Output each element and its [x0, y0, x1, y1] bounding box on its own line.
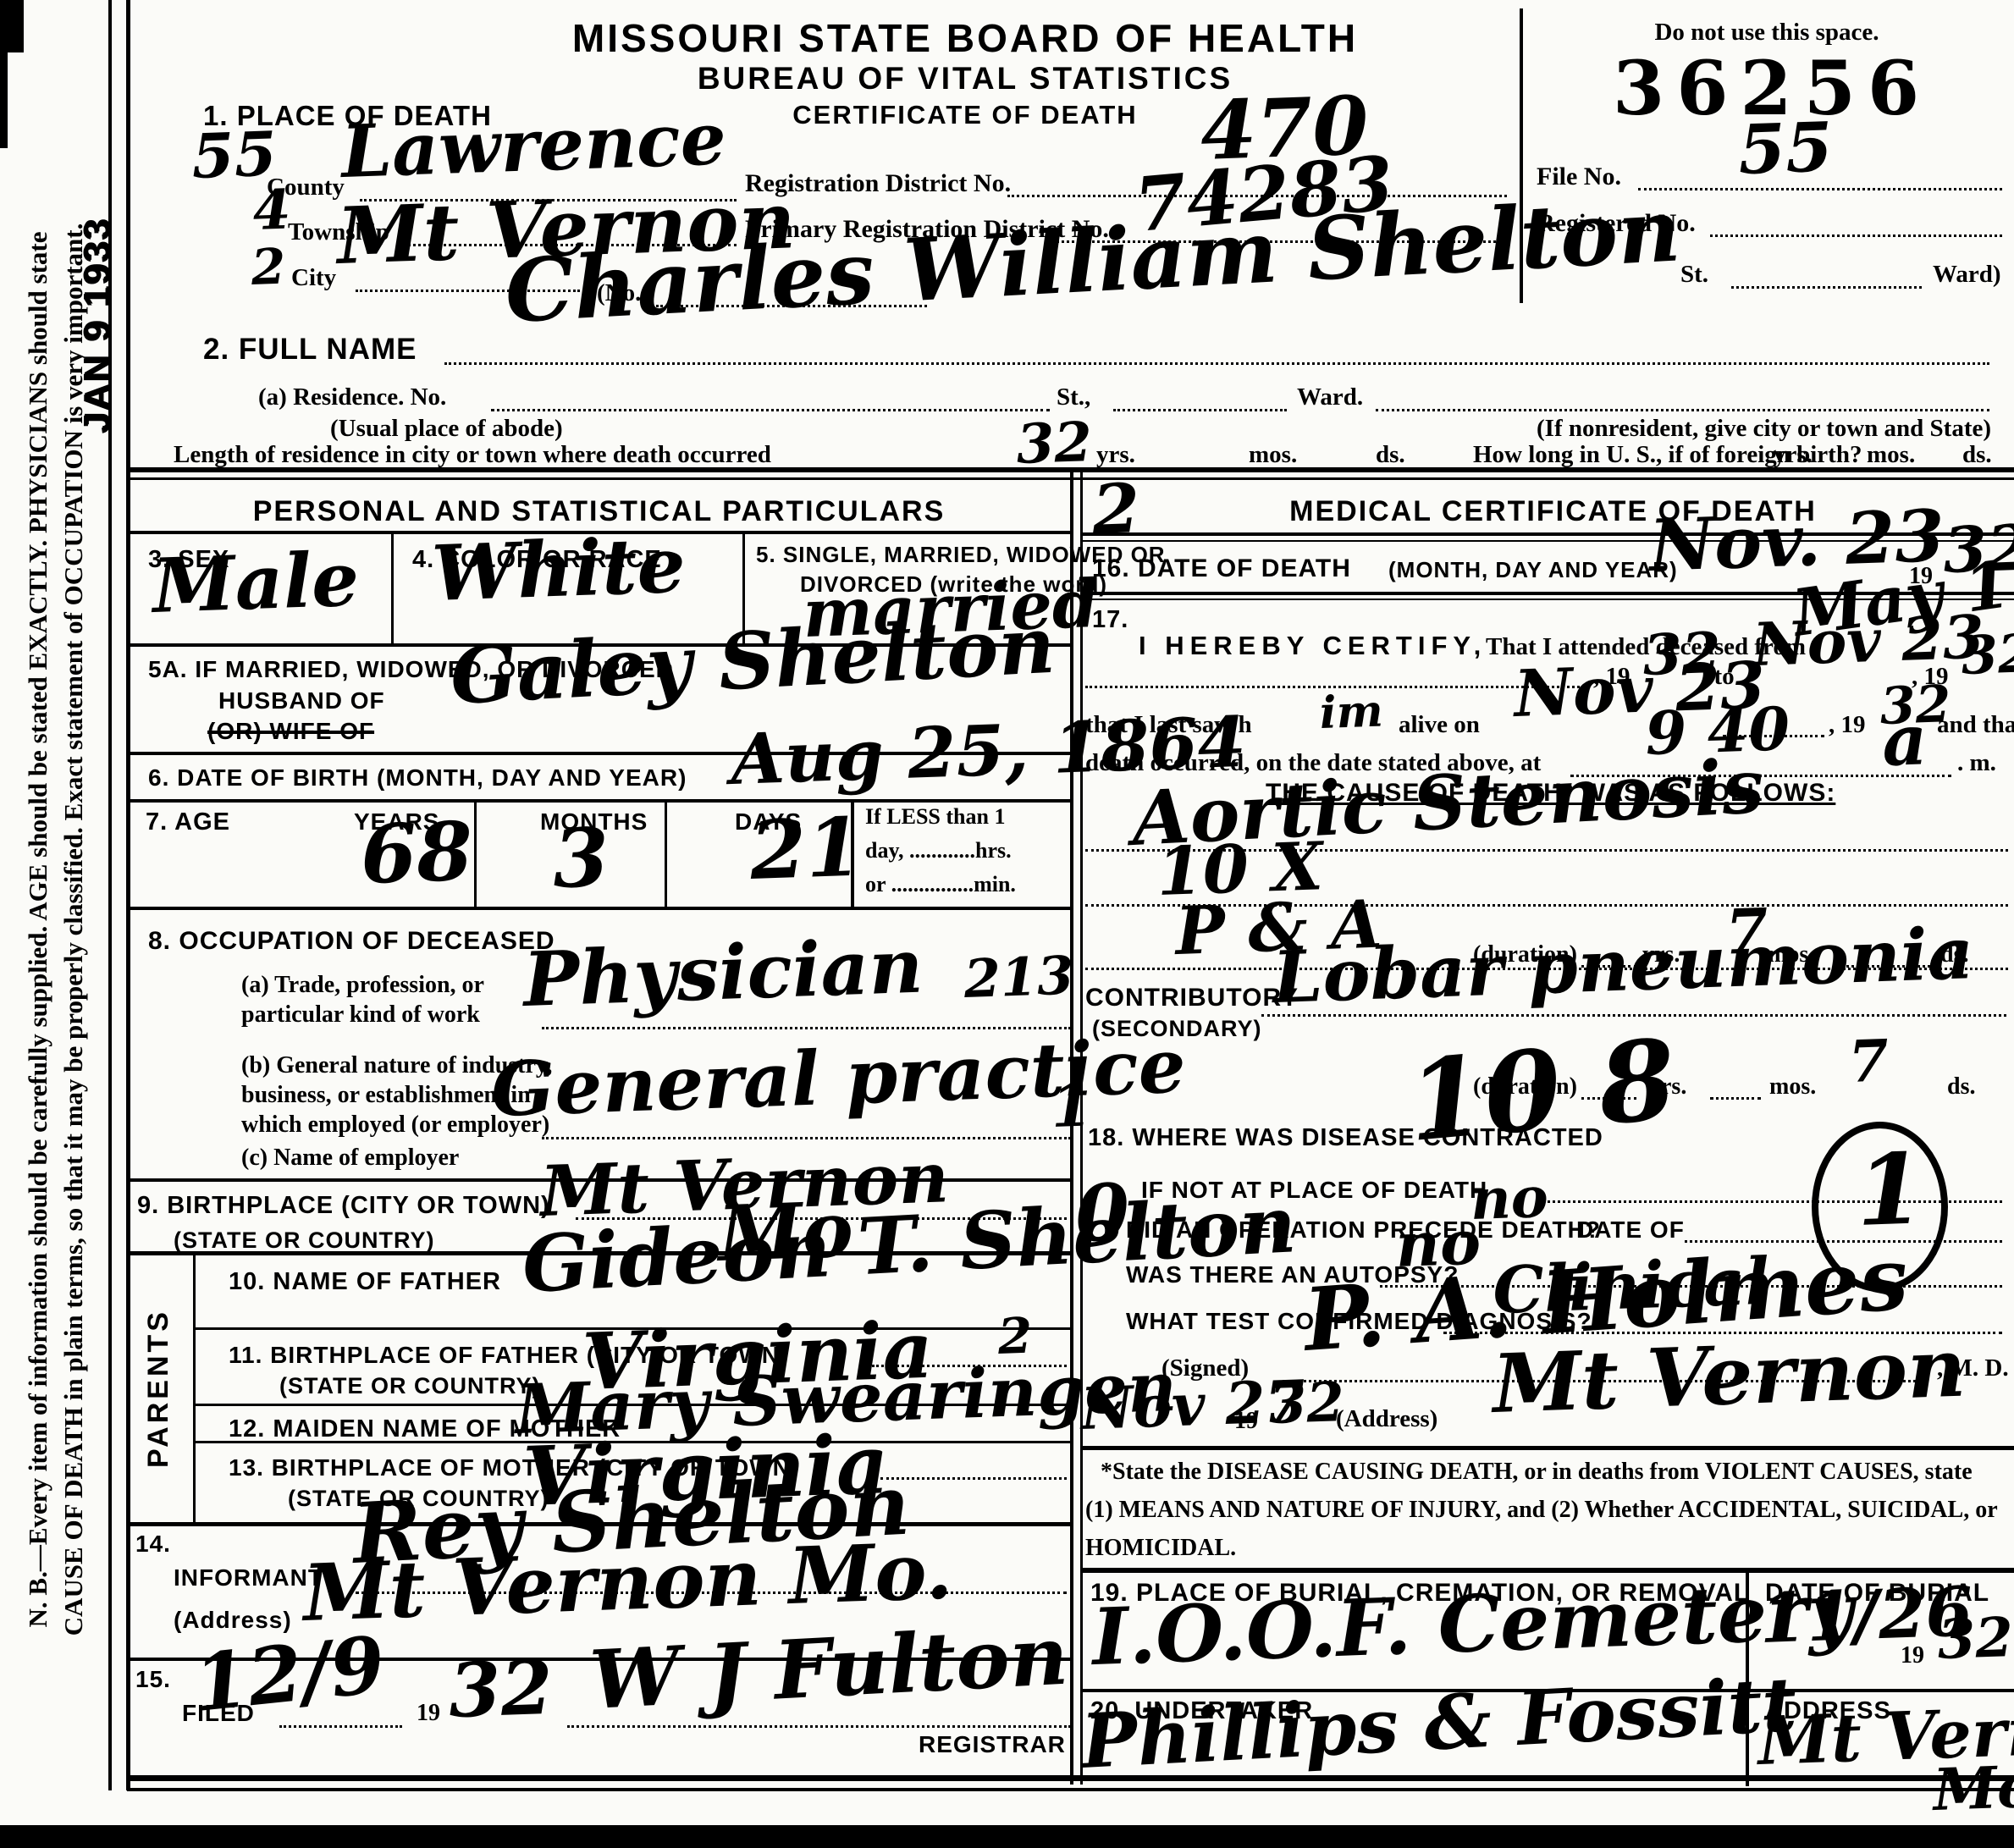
- to-year-value: 32: [1960, 622, 2014, 687]
- ds-label-2: ds.: [1962, 441, 1992, 469]
- filed-year-prefix: 19: [417, 1700, 440, 1727]
- nonresident-note: (If nonresident, give city or town and S…: [1537, 415, 1991, 443]
- burial-year-value: 32: [1936, 1606, 2014, 1672]
- mos-label-2: mos.: [1867, 441, 1915, 469]
- less-than-note-3: or ...............min.: [865, 872, 1016, 897]
- parents-divider: [193, 1251, 196, 1524]
- lastsaw-label-2: alive on: [1399, 711, 1480, 739]
- duration2-days-value: 7: [1847, 1027, 1890, 1096]
- spouse-value: Galey Shelton: [448, 599, 1057, 722]
- item-17: 17.: [1092, 606, 1128, 634]
- rule-line: [127, 1775, 2014, 1781]
- trade-label-2: particular kind of work: [241, 1001, 480, 1029]
- age-days-value: 21: [748, 800, 864, 898]
- rule-line: [127, 1788, 2014, 1791]
- ward-label: Ward): [1933, 261, 2001, 289]
- footnote-line-3: HOMICIDAL.: [1085, 1535, 1236, 1562]
- bottom-scan-band: [0, 1825, 2014, 1848]
- age-months-value: 3: [551, 811, 610, 907]
- residence-label: (a) Residence. No.: [258, 383, 446, 411]
- dateof-label: DATE OF: [1576, 1216, 1685, 1244]
- occupation-label: 8. OCCUPATION OF DECEASED: [148, 927, 555, 956]
- stray-mark: 0: [1073, 1167, 1131, 1260]
- dotted-line: [1710, 1097, 1761, 1100]
- city-label: City: [291, 264, 336, 292]
- father-label: 10. NAME OF FATHER: [229, 1268, 501, 1296]
- filed-year-value: 32: [447, 1643, 554, 1735]
- dotted-line: [880, 1477, 1067, 1480]
- dod-sublabel: (MONTH, DAY AND YEAR): [1388, 557, 1678, 583]
- received-date-stamp: JAN 9 1933: [76, 186, 119, 466]
- birthplace-state-label: (STATE OR COUNTRY): [174, 1227, 434, 1254]
- age-years-value: 68: [359, 804, 474, 902]
- secondary-label: (SECONDARY): [1092, 1016, 1262, 1042]
- father-state-label: (STATE OR COUNTRY): [279, 1373, 540, 1399]
- death-ampm-value: a: [1881, 699, 1928, 782]
- parents-label: PARENTS: [142, 1261, 176, 1515]
- trade-value: Physician: [521, 922, 924, 1023]
- dotted-line: [491, 409, 1050, 411]
- title-board: MISSOURI STATE BOARD OF HEALTH: [474, 15, 1456, 61]
- color-value: White: [430, 521, 687, 619]
- registrar-signature: W J Fulton: [588, 1609, 1070, 1728]
- less-than-note-2: day, ............hrs.: [865, 838, 1012, 863]
- industry-label-2: business, or establishment in: [241, 1082, 531, 1109]
- filed-no: 15.: [135, 1666, 171, 1693]
- filed-date-value: 12/9: [190, 1619, 389, 1729]
- residence-ward-label: Ward.: [1297, 383, 1363, 411]
- attended-to-value: Nov 23: [1752, 602, 1985, 680]
- dotted-line: [567, 1725, 1071, 1728]
- lastsaw-label-1: that I last saw h: [1085, 711, 1252, 739]
- duration-mos-2: mos.: [1769, 1073, 1816, 1101]
- rule-line: [1083, 1568, 2014, 1573]
- where-value: 10 8: [1403, 1014, 1681, 1167]
- sign-year-prefix: 19: [1234, 1408, 1258, 1435]
- scan-artifact: [0, 0, 8, 148]
- less-than-note-1: If LESS than 1: [865, 804, 1005, 830]
- township-code: 4: [251, 178, 291, 243]
- abode-note: (Usual place of abode): [330, 415, 563, 443]
- burial-year-prefix: 19: [1901, 1642, 1924, 1669]
- sex-value: Male: [151, 535, 360, 630]
- st-label: St.: [1680, 261, 1708, 289]
- dotted-line: [1731, 286, 1922, 289]
- mos-label: mos.: [1249, 441, 1297, 469]
- dotted-line: [1113, 409, 1287, 411]
- contributory-label: CONTRIBUTORY: [1085, 984, 1299, 1012]
- registrar-label: REGISTRAR: [919, 1731, 1066, 1758]
- dob-label: 6. DATE OF BIRTH (MONTH, DAY AND YEAR): [148, 764, 687, 792]
- ifnot-label: IF NOT AT PLACE OF DEATH: [1141, 1177, 1487, 1204]
- residence-st-label: St.,: [1057, 383, 1090, 411]
- dotted-line: [1261, 1014, 2006, 1017]
- informant-no: 14.: [135, 1531, 171, 1558]
- death-m-label: . m.: [1957, 749, 1996, 777]
- dotted-line: [1710, 234, 2002, 237]
- trade-label-1: (a) Trade, profession, or: [241, 972, 484, 999]
- sign-address-label: (Address): [1336, 1405, 1437, 1433]
- cell-divider: [665, 799, 667, 907]
- fullname-label: 2. FULL NAME: [203, 333, 417, 367]
- rule-line: [127, 907, 1071, 910]
- file-no-value: 55: [1737, 107, 1835, 190]
- employer-label: (c) Name of employer: [241, 1145, 459, 1172]
- cell-divider: [391, 531, 394, 643]
- do-not-use-label: Do not use this space.: [1520, 19, 2014, 47]
- trade-code-value: 213: [963, 945, 1074, 1010]
- dotted-line: [1376, 409, 1989, 411]
- age-label: 7. AGE: [146, 808, 230, 836]
- lastsaw-label-3: and that: [1937, 711, 2014, 739]
- operation-value: no: [1469, 1164, 1549, 1233]
- dod-label: 16. DATE OF DEATH: [1092, 554, 1351, 583]
- yrs-label-2: yrs.: [1774, 441, 1813, 469]
- dotted-line: [1638, 188, 2002, 190]
- sign-year-value: 32: [1267, 1371, 1345, 1437]
- ds-label: ds.: [1376, 441, 1405, 469]
- sign-address-value: Mt Vernon: [1491, 1321, 1967, 1432]
- margin-note-outer: N. B.—Every item of information should b…: [23, 41, 53, 1818]
- wife-of-label: (OR) WIFE OF: [207, 718, 374, 745]
- lastsaw-year-prefix: , 19: [1829, 711, 1866, 739]
- stray-mark: 1: [1050, 1069, 1094, 1141]
- footnote-line-1: *State the DISEASE CAUSING DEATH, or in …: [1101, 1459, 1973, 1486]
- informant-label: INFORMANT: [174, 1564, 323, 1591]
- rule-line: [127, 799, 1071, 803]
- cell-divider: [474, 799, 477, 907]
- certify-head: I HEREBY CERTIFY,: [1139, 631, 1487, 661]
- yrs-label: yrs.: [1096, 441, 1135, 469]
- rule-line: [1083, 1446, 2014, 1450]
- dotted-line: [542, 1137, 1071, 1139]
- lastsaw-hw: im: [1319, 685, 1384, 739]
- dotted-line: [444, 362, 1989, 365]
- city-code: 2: [251, 238, 287, 296]
- footnote-line-2: (1) MEANS AND NATURE OF INJURY, and (2) …: [1085, 1497, 1998, 1524]
- birthplace-label: 9. BIRTHPLACE (CITY OR TOWN): [137, 1192, 550, 1220]
- length-label: Length of residence in city or town wher…: [174, 441, 771, 469]
- dotted-line: [279, 1725, 402, 1728]
- husband-of-label: HUSBAND OF: [218, 687, 385, 714]
- death-certificate-scan: N. B.—Every item of information should b…: [0, 0, 2014, 1848]
- duration-ds-2: ds.: [1947, 1073, 1975, 1101]
